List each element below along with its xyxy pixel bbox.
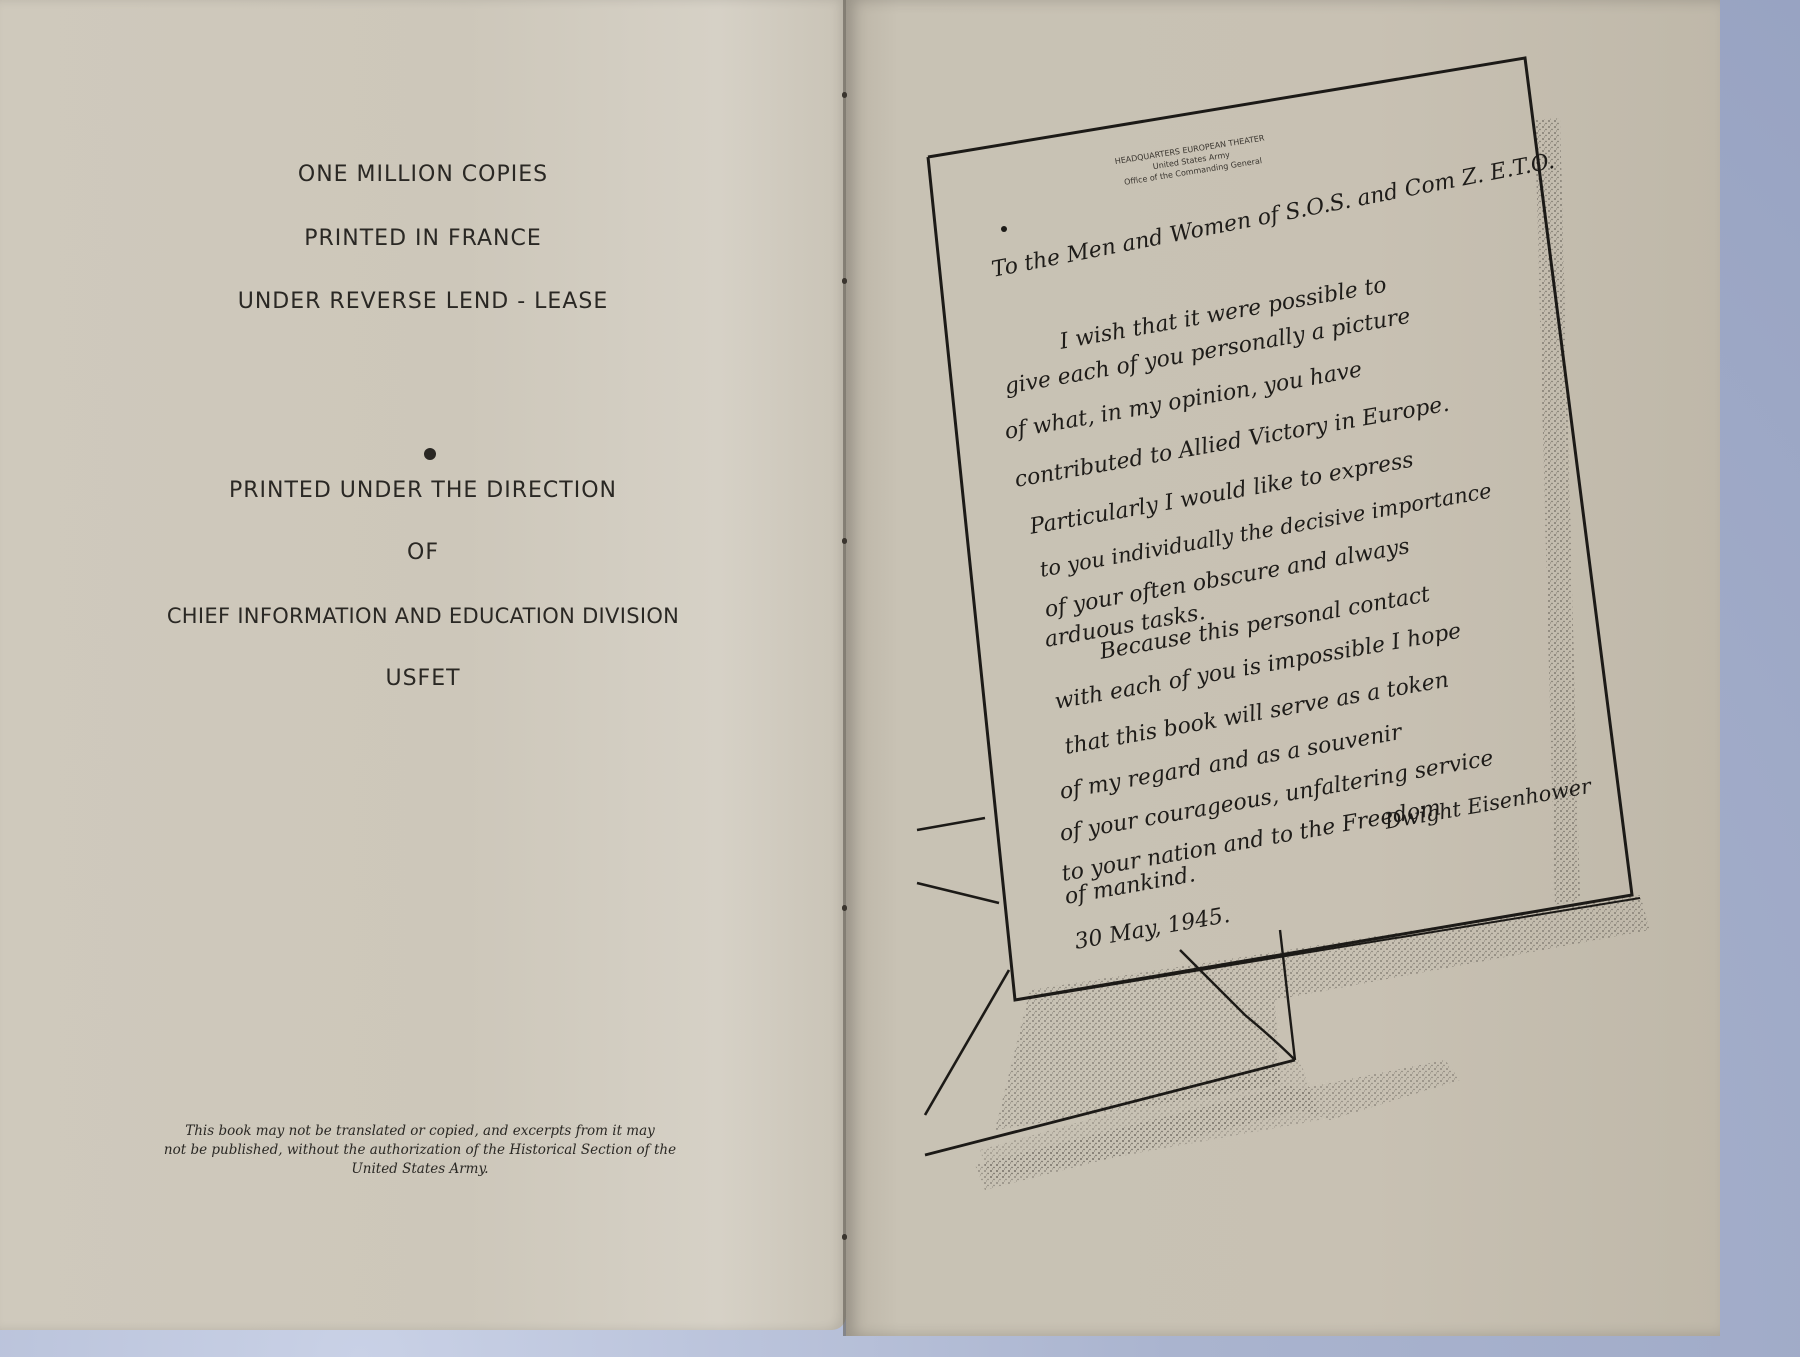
notice-line: This book may not be translated or copie… xyxy=(120,1122,720,1141)
copyright-notice: This book may not be translated or copie… xyxy=(120,1122,720,1179)
colophon-line-of: OF xyxy=(0,540,846,565)
colophon-line-printed-in-france: PRINTED IN FRANCE xyxy=(0,226,846,251)
colophon-line-lend-lease: UNDER REVERSE LEND - LEASE xyxy=(0,289,846,314)
colophon-line-division: CHIEF INFORMATION AND EDUCATION DIVISION xyxy=(0,604,846,628)
left-page: ONE MILLION COPIES PRINTED IN FRANCE UND… xyxy=(0,0,846,1330)
colophon-line-direction: PRINTED UNDER THE DIRECTION xyxy=(0,478,846,503)
colophon-line-usfet: USFET xyxy=(0,666,846,691)
ornament-dot-icon xyxy=(424,448,436,460)
notice-line: United States Army. xyxy=(120,1160,720,1179)
colophon-line-copies: ONE MILLION COPIES xyxy=(0,162,846,187)
notice-line: not be published, without the authorizat… xyxy=(120,1141,720,1160)
